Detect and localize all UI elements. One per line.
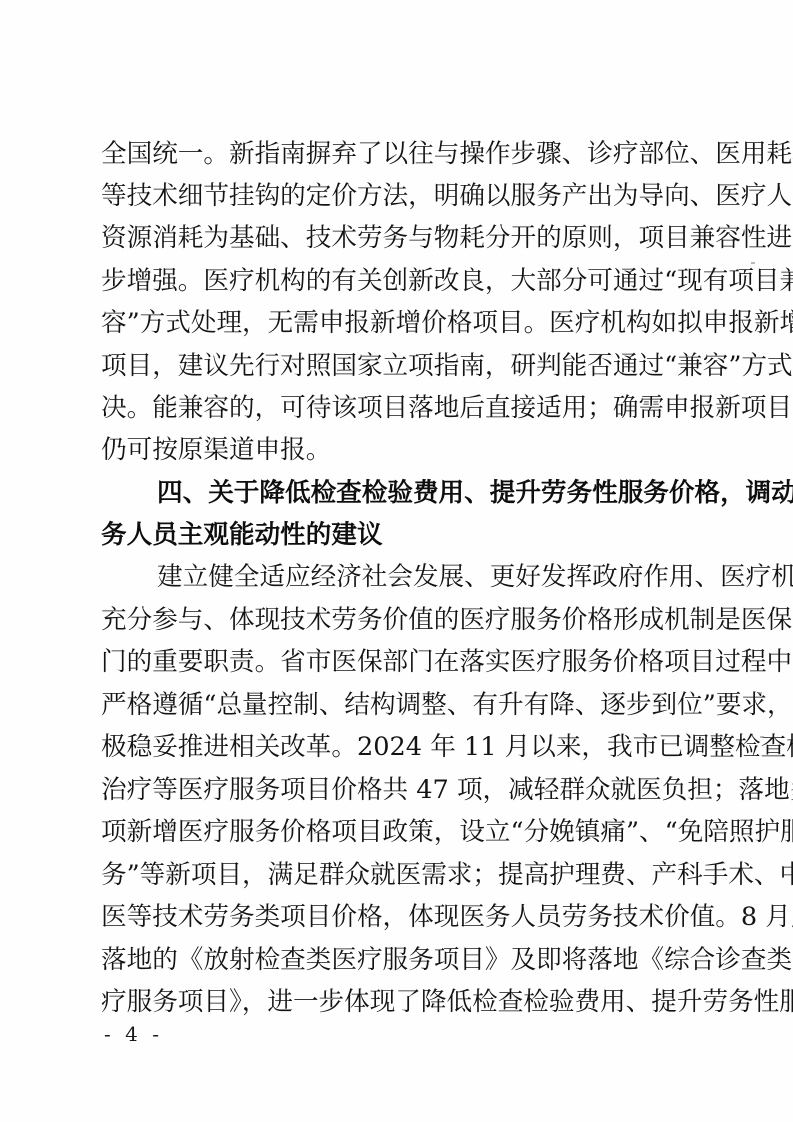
text-line: 建立健全适应经济社会发展、更好发挥政府作用、医疗机构 (157, 562, 693, 592)
text-line: 容”方式处理，无需申报新增价格项目。医疗机构如拟申报新增 (101, 308, 693, 338)
text-line: 严格遵循“总量控制、结构调整、有升有降、逐步到位”要求，积 (101, 690, 693, 720)
text-line: 医等技术劳务类项目价格，体现医务人员劳务技术价值。8 月底 (101, 902, 693, 932)
text-line: 全国统一。新指南摒弃了以往与操作步骤、诊疗部位、医用耗材 (101, 139, 693, 169)
text-line: 仍可按原渠道申报。 (101, 435, 693, 465)
text-line: 落地的《放射检查类医疗服务项目》及即将落地《综合诊查类医 (101, 945, 693, 975)
heading-line: 务人员主观能动性的建议 (101, 520, 693, 550)
text-line: 治疗等医疗服务项目价格共 47 项，减轻群众就医负担；落地多 (101, 775, 693, 805)
text-line: 项新增医疗服务价格项目政策，设立“分娩镇痛”、“免陪照护服 (101, 817, 693, 847)
text-line: 等技术细节挂钩的定价方法，明确以服务产出为导向、医疗人力 (101, 181, 693, 211)
scan-speck (760, 736, 764, 738)
text-line: 门的重要职责。省市医保部门在落实医疗服务价格项目过程中， (101, 647, 693, 677)
page-number: - 4 - (104, 1022, 163, 1046)
text-line: 步增强。医疗机构的有关创新改良，大部分可通过“现有项目兼 (101, 266, 693, 296)
text-line: 资源消耗为基础、技术劳务与物耗分开的原则，项目兼容性进一 (101, 223, 693, 253)
text-line: 务”等新项目，满足群众就医需求；提高护理费、产科手术、中 (101, 860, 693, 890)
text-line: 极稳妥推进相关改革。2024 年 11 月以来，我市已调整检查检验、 (101, 732, 693, 762)
text-line: 决。能兼容的，可待该项目落地后直接适用；确需申报新项目的， (101, 393, 693, 423)
scan-speck (758, 692, 762, 694)
scan-speck (751, 262, 755, 264)
text-line: 充分参与、体现技术劳务价值的医疗服务价格形成机制是医保部 (101, 605, 693, 635)
text-line: 项目，建议先行对照国家立项指南，研判能否通过“兼容”方式解 (101, 351, 693, 381)
text-line: 疗服务项目》，进一步体现了降低检查检验费用、提升劳务性服 (101, 987, 693, 1017)
heading-line: 四、关于降低检查检验费用、提升劳务性服务价格，调动医 (157, 478, 693, 508)
document-page: 全国统一。新指南摒弃了以往与操作步骤、诊疗部位、医用耗材 等技术细节挂钩的定价方… (0, 0, 793, 1122)
